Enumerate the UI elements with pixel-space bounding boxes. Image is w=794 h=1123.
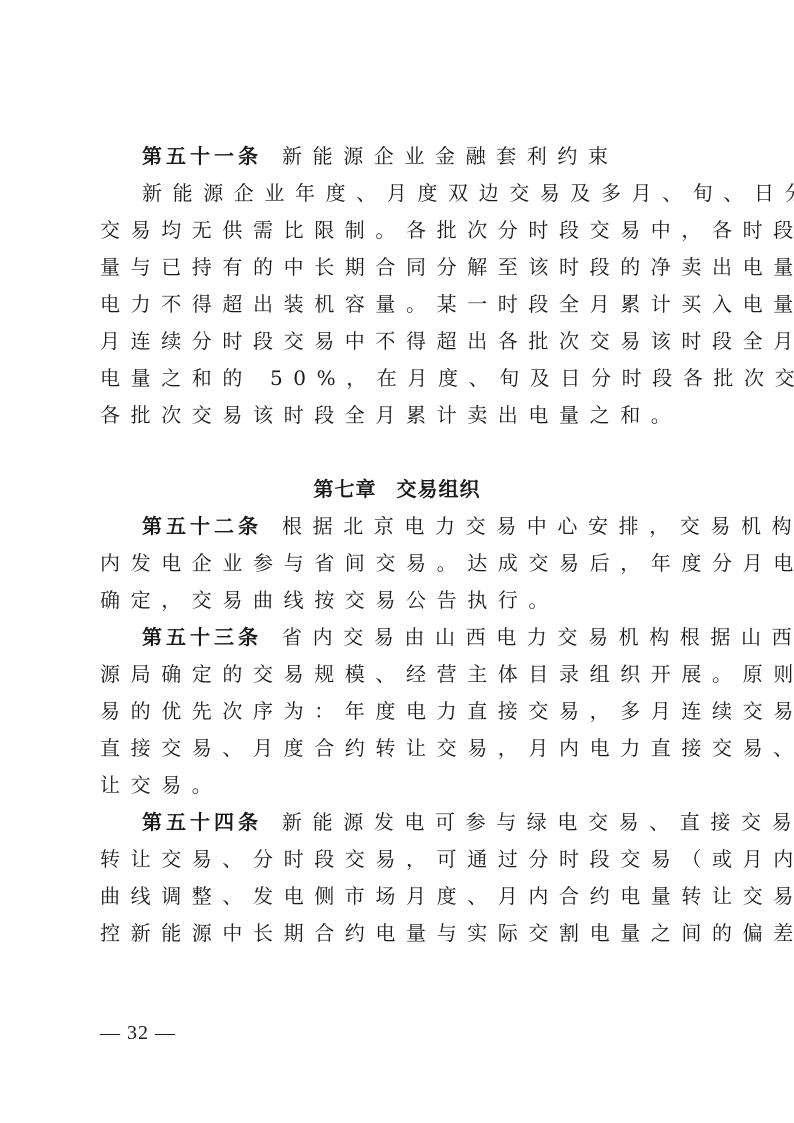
article-52-heading: 第五十二条根据北京电力交易中心安排，交易机构组织省	[100, 508, 694, 545]
article-52-line: 确定，交易曲线按交易公告执行。	[100, 582, 694, 619]
article-51-line: 电量之和的 50%，在月度、旬及日分时段各批次交易中不得超出	[100, 360, 694, 397]
article-51-line: 量与已持有的中长期合同分解至该时段的净卖出电量之和，折合	[100, 249, 694, 286]
article-53-heading: 第五十三条省内交易由山西电力交易机构根据山西省能	[100, 619, 694, 656]
article-54-line: 曲线调整、发电侧市场月度、月内合约电量转让交易）的方式调	[100, 878, 694, 915]
article-51-heading-text: 新能源企业金融套利约束	[282, 144, 619, 168]
article-54-first-line: 新能源发电可参与绿电交易、直接交易、合约	[282, 810, 794, 834]
article-53-line: 源局确定的交易规模、经营主体目录组织开展。原则上，省内交	[100, 656, 694, 693]
article-54-heading: 第五十四条新能源发电可参与绿电交易、直接交易、合约	[100, 804, 694, 841]
chapter-title: 交易组织	[397, 477, 481, 501]
article-53-first-line: 省内交易由山西电力交易机构根据山西省能	[282, 625, 794, 649]
article-53-line: 让交易。	[100, 767, 694, 804]
article-52-line: 内发电企业参与省间交易。达成交易后，年度分月电量由购电方	[100, 545, 694, 582]
article-52-title: 第五十二条	[142, 514, 262, 538]
chapter-number: 第七章	[314, 477, 377, 501]
article-51-line: 电力不得超出装机容量。某一时段全月累计买入电量之和，在多	[100, 286, 694, 323]
article-52-first-line: 根据北京电力交易中心安排，交易机构组织省	[282, 514, 794, 538]
article-51-line: 交易均无供需比限制。各批次分时段交易中，各时段申报卖出电	[100, 212, 694, 249]
chapter-heading: 第七章交易组织	[100, 471, 694, 508]
article-53-line: 直接交易、月度合约转让交易，月内电力直接交易、月内合约转	[100, 730, 694, 767]
article-54-line: 控新能源中长期合约电量与实际交割电量之间的偏差。	[100, 915, 694, 952]
article-54-line: 转让交易、分时段交易，可通过分时段交易（或月内分日电量及	[100, 841, 694, 878]
article-53-line: 易的优先次序为：年度电力直接交易，多月连续交易，月度电力	[100, 693, 694, 730]
article-54-title: 第五十四条	[142, 810, 262, 834]
article-51-line: 月连续分时段交易中不得超出各批次交易该时段全月累计卖出	[100, 323, 694, 360]
document-page: 第五十一条新能源企业金融套利约束 新能源企业年度、月度双边交易及多月、旬、日分时…	[100, 138, 694, 952]
article-53-title: 第五十三条	[142, 625, 262, 649]
article-51-title: 第五十一条	[142, 144, 262, 168]
page-number: — 32 —	[100, 1022, 176, 1045]
article-51-heading: 第五十一条新能源企业金融套利约束	[100, 138, 694, 175]
article-51-line: 新能源企业年度、月度双边交易及多月、旬、日分时段交易	[100, 175, 694, 212]
article-51-line: 各批次交易该时段全月累计卖出电量之和。	[100, 397, 694, 434]
